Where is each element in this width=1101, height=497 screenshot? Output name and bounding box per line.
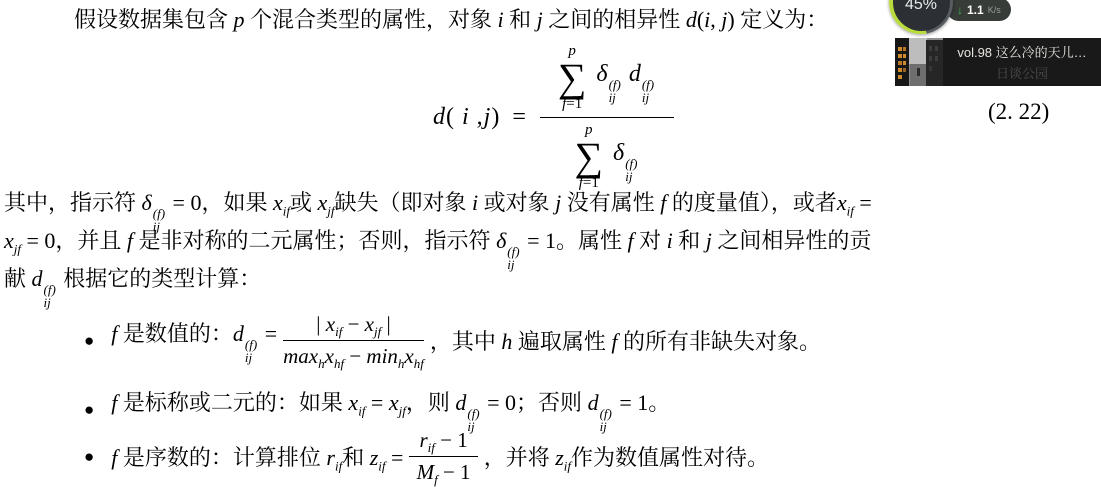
equation-fraction: p ∑ f=1 δ(f)ij d(f)ij p ∑ f=1 δ(f)ij <box>540 44 674 191</box>
podcast-name: 日谈公园 <box>996 63 1048 82</box>
bullet-icon: ● <box>84 447 94 467</box>
bullet-text: f 是标称或二元的：如果 xif = xjf，则 d(f)ij = 0；否则 d… <box>111 386 670 433</box>
equation-lhs: d( i ,j) <box>433 104 500 131</box>
bullet-text: ，其中 h 遍取属性 f 的所有非缺失对象。 <box>430 325 821 356</box>
download-speed-value: 1.1 <box>967 3 984 17</box>
inline-fraction: | xif − xjf | maxhxhf − minhxhf <box>283 312 424 369</box>
track-title: vol.98 这么冷的天儿… <box>957 42 1086 61</box>
bullet-icon: ● <box>84 331 94 351</box>
download-speed-unit: K/s <box>988 5 1001 15</box>
summation-symbol: p ∑ f=1 <box>575 123 604 191</box>
numerator-terms: δ(f)ij d(f)ij <box>596 61 656 112</box>
download-speed-badge[interactable]: ↓ 1.1 K/s <box>947 0 1011 21</box>
equals-sign: = <box>512 104 526 131</box>
bullet-ordinal-attribute: ● f 是序数的：计算排位 rif和 zif = rif − 1 Mf − 1 … <box>84 428 769 485</box>
music-player-widget[interactable]: vol.98 这么冷的天儿… 日谈公园 <box>895 38 1101 86</box>
inline-fraction: rif − 1 Mf − 1 <box>409 428 477 485</box>
bullet-nominal-binary-attribute: ● f 是标称或二元的：如果 xif = xjf，则 d(f)ij = 0；否则… <box>84 386 670 433</box>
bullet-text: f 是数值的：d(f)ij = <box>111 317 277 364</box>
bullet-text: ，并将 zif作为数值属性对待。 <box>484 441 769 472</box>
download-arrow-icon: ↓ <box>957 3 963 17</box>
bullet-icon: ● <box>84 400 94 420</box>
fraction-denominator: p ∑ f=1 δ(f)ij <box>540 118 674 191</box>
fraction-numerator: p ∑ f=1 δ(f)ij d(f)ij <box>540 44 674 118</box>
body-text-line: 献 d(f)ij 根据它的类型计算： <box>4 264 1099 309</box>
intro-paragraph: 假设数据集包含 p 个混合类型的属性，对象 i 和 j 之间的相异性 d(i, … <box>74 4 994 36</box>
bullet-text: f 是序数的：计算排位 rif和 zif = <box>111 441 403 472</box>
sigma-icon: ∑ <box>558 59 587 97</box>
summation-symbol: p ∑ f=1 <box>558 44 587 112</box>
fraction-denominator: Mf − 1 <box>409 457 477 485</box>
fraction-numerator: | xif − xjf | <box>283 312 424 341</box>
fraction-denominator: maxhxhf − minhxhf <box>283 341 424 369</box>
music-info: vol.98 这么冷的天儿… 日谈公园 <box>943 38 1101 86</box>
ebook-page: 假设数据集包含 p 个混合类型的属性，对象 i 和 j 之间的相异性 d(i, … <box>0 0 1101 497</box>
denominator-terms: δ(f)ij <box>613 140 639 191</box>
fraction-numerator: rif − 1 <box>409 428 477 457</box>
bullet-numeric-attribute: ● f 是数值的：d(f)ij = | xif − xjf | maxhxhf … <box>84 312 821 369</box>
progress-percent-label: 45% <box>905 0 937 14</box>
sigma-icon: ∑ <box>575 138 604 176</box>
equation-number: (2. 22) <box>988 99 1049 125</box>
equation-2-22: d( i ,j) = p ∑ f=1 δ(f)ij d(f)ij p ∑ f=1… <box>433 44 674 191</box>
progress-ring-inner: 45% <box>893 0 950 31</box>
sum-lower-limit: f=1 <box>562 97 582 112</box>
album-art-image <box>895 38 943 86</box>
